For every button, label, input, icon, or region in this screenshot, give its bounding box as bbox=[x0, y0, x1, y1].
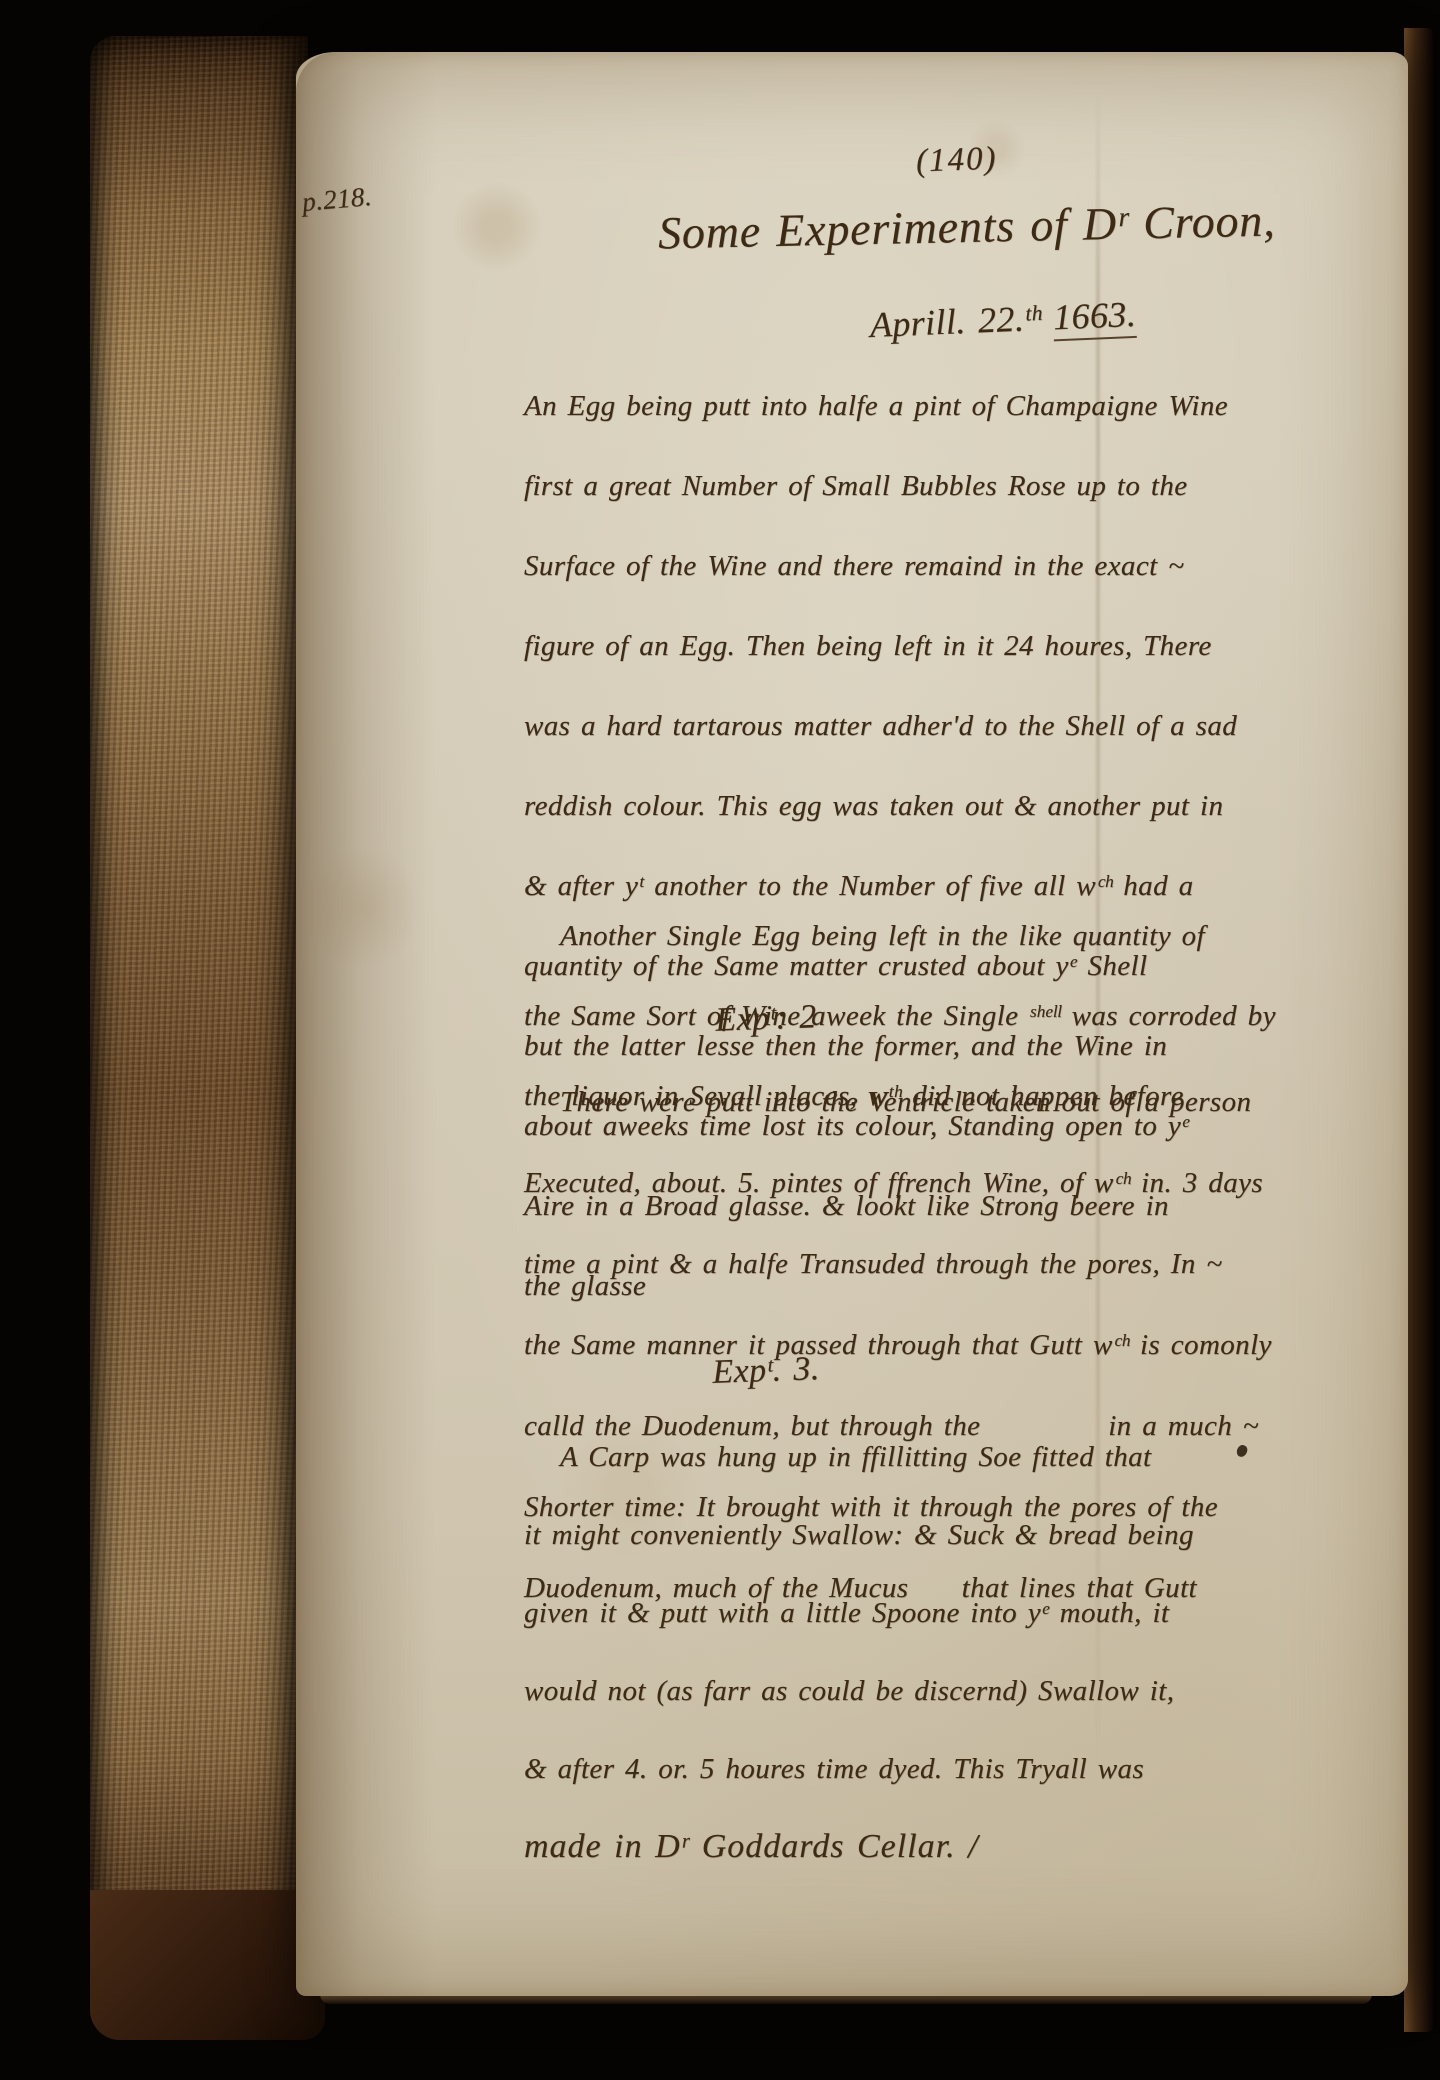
folio-note: p.218. bbox=[301, 181, 373, 218]
manuscript-line: made in Dʳ Goddards Cellar. / bbox=[524, 1826, 1414, 1868]
manuscript-line: would not (as farr as could be discernd)… bbox=[524, 1670, 1414, 1712]
date-year: 1663. bbox=[1052, 294, 1137, 341]
manuscript-line: Surface of the Wine and there remaind in… bbox=[524, 544, 1414, 588]
manuscript-line: time a pint & a halfe Transuded through … bbox=[524, 1242, 1414, 1287]
manuscript-line: it might conveniently Swallow: & Suck & … bbox=[524, 1514, 1414, 1556]
manuscript-line: reddish colour. This egg was taken out &… bbox=[524, 784, 1414, 828]
manuscript-line: An Egg being putt into halfe a pint of C… bbox=[524, 384, 1414, 428]
manuscript-line: given it & putt with a little Spoone int… bbox=[524, 1592, 1414, 1634]
manuscript-line: first a great Number of Small Bubbles Ro… bbox=[524, 464, 1414, 508]
manuscript-line: & after 4. or. 5 houres time dyed. This … bbox=[524, 1748, 1414, 1790]
date-prefix: Aprill. 22.ᵗʰ bbox=[869, 298, 1042, 345]
manuscript-line: Executed, about. 5. pintes of ffrench Wi… bbox=[524, 1161, 1414, 1206]
manuscript-line: There were putt into the Ventricle taken… bbox=[524, 1080, 1414, 1125]
book-page-edges bbox=[90, 36, 308, 1992]
page-number: (140) bbox=[915, 141, 998, 181]
manuscript-page: p.218. (140) Some Experiments of Dʳ Croo… bbox=[296, 52, 1408, 1996]
manuscript-line: figure of an Egg. Then being left in it … bbox=[524, 624, 1414, 668]
photo-background: p.218. (140) Some Experiments of Dʳ Croo… bbox=[0, 0, 1440, 2080]
gutter-shadow bbox=[296, 52, 436, 1996]
paragraph-carp: A Carp was hung up in ffillitting Soe fi… bbox=[524, 1400, 1414, 1904]
page-title: Some Experiments of Dʳ Croon, bbox=[658, 194, 1276, 260]
manuscript-line: A Carp was hung up in ffillitting Soe fi… bbox=[524, 1436, 1414, 1478]
manuscript-line: was a hard tartarous matter adher'd to t… bbox=[524, 704, 1414, 748]
book-cover-edge bbox=[90, 1890, 325, 2040]
manuscript-line: Another Single Egg being left in the lik… bbox=[524, 914, 1414, 958]
